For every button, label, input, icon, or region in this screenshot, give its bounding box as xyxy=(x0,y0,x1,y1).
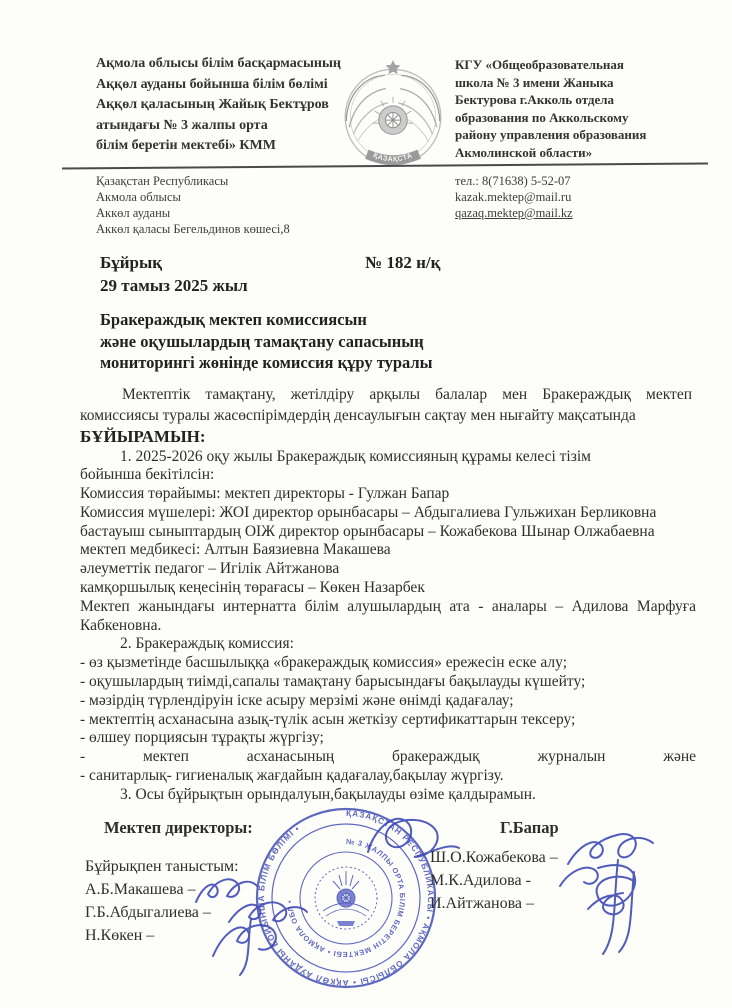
signature-kozhabekova xyxy=(568,834,653,864)
signer-name: И.Айтжанова – xyxy=(430,895,534,913)
letterhead-russian-block: КГУ «Общеобразовательная школа № 3 имени… xyxy=(455,56,705,162)
body-line: 1. 2025-2026 оқу жылы Бракераждық комисс… xyxy=(80,448,696,467)
address-line: Акмола облысы xyxy=(96,189,696,205)
signer-name: Н.Көкен – xyxy=(85,927,154,945)
email-address: qazaq.mektep@mail.kz xyxy=(455,205,573,221)
letterhead-kazakh-block: Ақмола облысы білім басқармасының Аққөл … xyxy=(96,54,354,157)
body-line: бойынша бекітілсін: xyxy=(80,466,696,485)
scanned-order-document: Ақмола облысы білім басқармасының Аққөл … xyxy=(0,0,732,1008)
phone-email-block: тел.: 8(71638) 5-52-07 kazak.mektep@mail… xyxy=(455,173,573,221)
letterhead-line: Ақмола облысы білім басқармасының xyxy=(96,54,354,75)
order-title-line: және оқушылардың тамақтану сапасының xyxy=(100,331,696,353)
kazakhstan-state-emblem-icon: ҚАЗАҚСТАН xyxy=(332,52,454,174)
email-address: kazak.mektep@mail.ru xyxy=(455,189,573,205)
body-line: - өлшеу порциясын тұрақты жүргізу; xyxy=(80,729,696,748)
letterhead: Ақмола облысы білім басқармасының Аққөл … xyxy=(80,54,696,162)
letterhead-line: образования по Аккольскому xyxy=(455,109,705,127)
signer-name: М.К.Адилова - xyxy=(430,872,531,890)
signature-section: ҚАЗАҚСТАН РЕСПУБЛИКАСЫ • АҚМОЛА ОБЛЫСЫ •… xyxy=(0,812,732,1008)
body-line: камқоршылық кеңесінің төрағасы – Көкен Н… xyxy=(80,579,696,598)
signature-abdygalieva xyxy=(229,902,307,922)
letterhead-line: КГУ «Общеобразовательная xyxy=(455,56,705,74)
letterhead-line: Акмолинской области» xyxy=(455,144,705,162)
body-line: Мектеп жанындағы интернатта білім алушыл… xyxy=(80,598,696,636)
director-label: Мектеп директоры: xyxy=(104,818,253,838)
address-line: Аккөл ауданы xyxy=(96,205,696,221)
body-line: - санитарлық- гигиеналық жағдайын қадаға… xyxy=(80,767,696,786)
body-line: 2. Бракераждық комиссия: xyxy=(80,635,696,654)
address-block: Қазақстан Республикасы Акмола облысы Акк… xyxy=(96,173,696,237)
body-line: бастауыш сыныптардың ОІЖ директор орынба… xyxy=(80,523,696,542)
signer-name: Г.Б.Абдыгалиева – xyxy=(85,904,211,922)
signature-aitzhanova xyxy=(588,860,634,954)
body-line: Комиссия мүшелері: ЖОІ директор орынбаса… xyxy=(80,504,696,523)
letterhead-line: білім беретін мектебі» КММ xyxy=(96,136,354,157)
signer-name: Ш.О.Кожабекова – xyxy=(430,849,558,867)
resolve-word: БҰЙЫРАМЫН: xyxy=(80,426,696,448)
svg-text:ҚАЗАҚСТАН: ҚАЗАҚСТАН xyxy=(332,52,414,163)
intro-paragraph: Мектептік тамақтану, жетілдіру арқылы ба… xyxy=(80,384,692,426)
body-line: 3. Осы бұйрықтын орындалуын,бақылауды өз… xyxy=(80,786,696,805)
director-name: Г.Бапар xyxy=(500,818,559,838)
address-line: Қазақстан Республикасы xyxy=(96,173,696,189)
acquainted-label: Бұйрықпен таныстым: xyxy=(85,858,239,876)
signature-makasheva xyxy=(196,879,257,902)
order-heading: Бұйрық № 182 н/қ 29 тамыз 2025 жыл xyxy=(80,251,696,297)
letterhead-line: Аққөл қаласының Жайық Бектұров xyxy=(96,95,354,116)
body-line: - мектептің асханасына азық-түлік асын ж… xyxy=(80,711,696,730)
body-line: - өз қызметінде басшылыққа «бракераждық … xyxy=(80,654,696,673)
body-line: - мектеп асханасының бракераждық журналы… xyxy=(80,748,696,767)
body-line: Комиссия төрайымы: мектеп директоры - Гу… xyxy=(80,485,696,504)
address-line: Аккөл қаласы Бегельдинов көшесі,8 xyxy=(96,221,696,237)
body-line: - мәзірдің түрлендіруін іске асыру мерзі… xyxy=(80,692,696,711)
order-title-line: Бракераждық мектеп комиссиясын xyxy=(100,309,696,331)
letterhead-line: атындағы № 3 жалпы орта xyxy=(96,116,354,137)
order-body: 1. 2025-2026 оқу жылы Бракераждық комисс… xyxy=(80,448,696,805)
signature-koken xyxy=(213,919,276,975)
letterhead-line: Аққөл ауданы бойынша білім бөлімі xyxy=(96,75,354,96)
order-title: Бракераждық мектеп комиссиясын және оқуш… xyxy=(100,309,696,374)
letterhead-line: району управления образования xyxy=(455,126,705,144)
phone-number: тел.: 8(71638) 5-52-07 xyxy=(455,173,573,189)
emblem-banner-text: ҚАЗАҚСТАН xyxy=(332,52,414,163)
body-line: - оқушылардың тиімді,сапалы тамақтану ба… xyxy=(80,673,696,692)
order-title-line: мониторингі жөнінде комиссия құру туралы xyxy=(100,352,696,374)
order-number: № 182 н/қ xyxy=(365,251,440,274)
letterhead-line: Бектурова г.Акколь отдела xyxy=(455,91,705,109)
body-line: мектеп медбикесі: Алтын Баязиевна Макаше… xyxy=(80,541,696,560)
contact-block: Қазақстан Республикасы Акмола облысы Акк… xyxy=(80,173,696,239)
signer-name: А.Б.Макашева – xyxy=(85,881,196,899)
body-line: әлеуметтік педагог – Игілік Айтжанова xyxy=(80,560,696,579)
letterhead-line: школа № 3 имени Жаныка xyxy=(455,74,705,92)
order-date: 29 тамыз 2025 жыл xyxy=(100,274,696,297)
